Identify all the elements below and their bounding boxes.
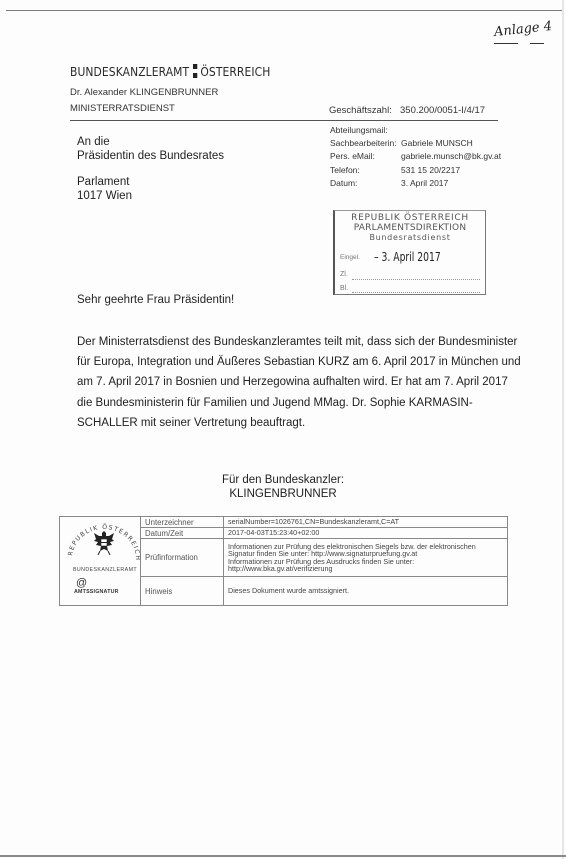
contact-row: Abteilungsmail: xyxy=(330,124,501,137)
reference-number: 350.200/0051-I/4/17 xyxy=(400,105,485,116)
org-name: BUNDESKANZLERAMT xyxy=(70,64,189,79)
annex-underline xyxy=(494,43,518,44)
seal-org-name: BUNDESKANZLERAMT xyxy=(60,567,150,573)
official-seal: REPUBLIK ÖSTERREICH BUNDESKANZLERAMT @ A… xyxy=(60,517,141,606)
sender-name: Dr. Alexander KLINGENBRUNNER xyxy=(70,87,218,98)
verification-info: Informationen zur Prüfung des elektronis… xyxy=(224,539,508,577)
notice-value: Dieses Dokument wurde amtssigniert. xyxy=(224,577,508,606)
org-country: ÖSTERREICH xyxy=(200,64,270,79)
verification-link[interactable]: http://www.bka.gv.at/verifizierung xyxy=(228,565,503,572)
letter-body: Der Ministerratsdienst des Bundeskanzler… xyxy=(77,332,527,433)
scan-right-edge xyxy=(562,0,564,859)
timestamp-value: 2017-04-03T15:23:40+02:00 xyxy=(224,528,508,539)
signature-block: REPUBLIK ÖSTERREICH BUNDESKANZLERAMT @ A… xyxy=(59,516,508,606)
contact-email[interactable]: gabriele.munsch@bk.gv.at xyxy=(401,150,501,163)
sender-department: MINISTERRATSDIENST xyxy=(70,103,175,114)
closing-signature: Für den Bundeskanzler: KLINGENBRUNNER xyxy=(198,474,368,501)
contact-row: Pers. eMail:gabriele.munsch@bk.gv.at xyxy=(330,150,501,163)
org-separator-icon xyxy=(193,64,197,78)
stamp-dotted-line xyxy=(352,292,480,293)
amtssignatur-label: AMTSSIGNATUR xyxy=(74,589,119,595)
receipt-stamp: REPUBLIK ÖSTERREICH PARLAMENTSDIREKTION … xyxy=(333,210,486,295)
contact-row: Datum:3. April 2017 xyxy=(330,177,501,190)
austrian-eagle-icon xyxy=(92,529,116,557)
scan-bottom-edge xyxy=(0,855,566,857)
reference-label: Geschäftszahl: xyxy=(329,105,392,116)
salutation: Sehr geehrte Frau Präsidentin! xyxy=(77,294,234,306)
letterhead-org: BUNDESKANZLERAMTÖSTERREICH xyxy=(70,64,270,79)
contact-info: Abteilungsmail: Sachbearbeiterin:Gabriel… xyxy=(330,124,501,190)
signer-value: serialNumber=1026761,CN=Bundeskanzleramt… xyxy=(224,517,508,528)
contact-row: Sachbearbeiterin:Gabriele MUNSCH xyxy=(330,137,501,150)
contact-row: Telefon:531 15 20/2217 xyxy=(330,164,501,177)
at-sign-icon: @ xyxy=(76,577,87,589)
recipient-location: Parlament 1017 Wien xyxy=(77,176,132,203)
header-divider xyxy=(70,120,498,121)
handwritten-annex-note: Anlage 4 xyxy=(493,19,552,40)
scan-top-edge xyxy=(6,10,562,11)
stamp-dotted-line xyxy=(352,279,480,280)
received-date: – 3. April 2017 xyxy=(374,249,441,264)
annex-underline xyxy=(530,43,544,44)
recipient-address: An die Präsidentin des Bundesrates xyxy=(77,136,224,163)
